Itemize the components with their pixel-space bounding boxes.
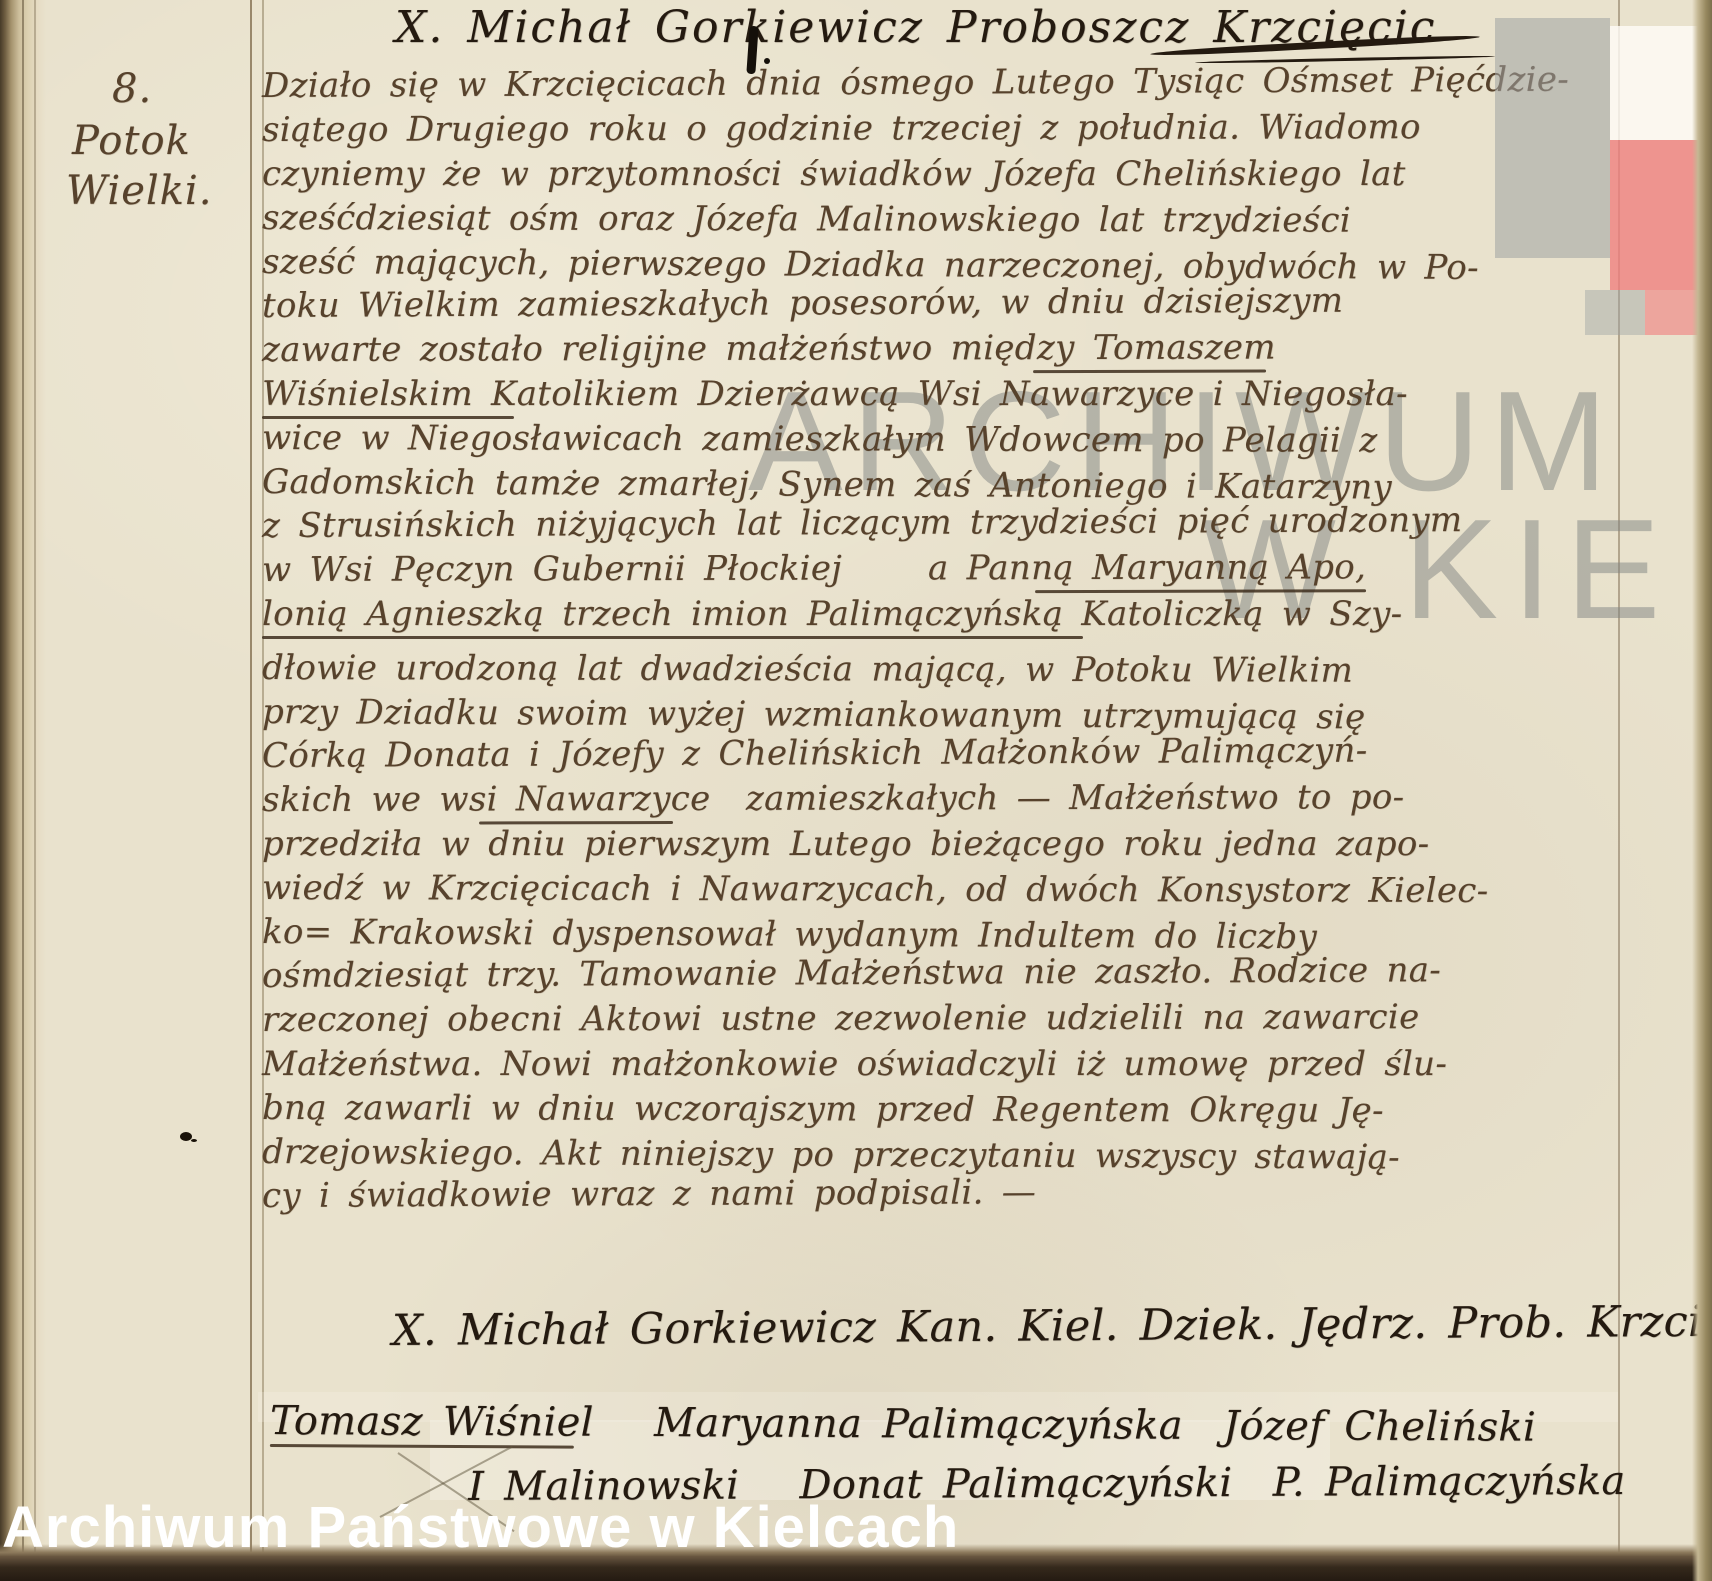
handwritten-line: z Strusińskich niżyjących lat liczącym t… xyxy=(262,498,1463,548)
watermark-gray-square xyxy=(1495,18,1610,258)
handwritten-line: sześćdziesiąt ośm oraz Józefa Malinowski… xyxy=(262,196,1351,243)
margin-place-name: Wielki. xyxy=(66,168,212,214)
margin-place-name: Potok xyxy=(72,118,191,164)
handwritten-line: czyniemy że w przytomności świadków Józe… xyxy=(262,152,1406,196)
handwritten-line: zawarte zostało religijne małżeństwo mię… xyxy=(262,326,1276,372)
handwritten-line: Tomasz Wiśniel Maryanna Palimączyńska Jó… xyxy=(270,1398,1536,1451)
handwritten-line: wiedź w Krzcięcicach i Nawarzycach, od d… xyxy=(262,866,1489,913)
page-edge-line xyxy=(22,0,24,1581)
watermark-white-square xyxy=(1610,26,1698,140)
handwritten-line: przedziła w dniu pierwszym Lutego bieżąc… xyxy=(262,822,1429,866)
handwritten-line: rzeczonej obecni Aktowi ustne zezwolenie… xyxy=(262,995,1420,1042)
handwritten-line: Działo się w Krzcięcicach dnia ósmego Lu… xyxy=(262,58,1569,108)
handwritten-line: ośmdziesiąt trzy. Tamowanie Małżeństwa n… xyxy=(262,948,1441,998)
handwritten-line: dłowie urodzoną lat dwadzieścia mającą, … xyxy=(262,646,1353,693)
handwritten-line: X. Michał Gorkiewicz Kan. Kiel. Dziek. J… xyxy=(392,1296,1712,1356)
page-edge-line xyxy=(34,0,36,1581)
handwritten-line: bną zawarli w dniu wczorajszym przed Reg… xyxy=(262,1086,1384,1133)
handwritten-line: wice w Niegosławicach zamieszkałym Wdowc… xyxy=(262,416,1378,463)
handwritten-line: siątego Drugiego roku o godzinie trzecie… xyxy=(262,105,1421,152)
handwritten-line: cy i świadkowie wraz z nami podpisali. — xyxy=(262,1170,1036,1218)
ink-speck xyxy=(180,1132,192,1141)
page-right-edge xyxy=(1692,0,1712,1581)
handwritten-line: toku Wielkim zamieszkałych posesorów, w … xyxy=(262,279,1343,328)
handwritten-line: Wiśnielskim Katolikiem Dzierżawcą Wsi Na… xyxy=(262,372,1408,416)
handwritten-underline xyxy=(262,636,1083,639)
handwritten-line: skich we wsi Nawarzyce zamieszkałych — M… xyxy=(262,775,1405,822)
margin-record-number: 8. xyxy=(112,66,152,112)
scanned-register-page: ARCHIWUM W KIE X. Michał Gorkiewicz Prob… xyxy=(0,0,1712,1581)
watermark-gray-square xyxy=(1585,290,1645,335)
archive-name-banner: Archiwum Państwowe w Kielcach xyxy=(2,1494,959,1561)
handwritten-line: lonią Agnieszką trzech imion Palimączyńs… xyxy=(262,592,1402,636)
margin-rule xyxy=(250,0,252,1556)
watermark-red-square xyxy=(1610,140,1698,290)
handwritten-line: Małżeństwa. Nowi małżonkowie oświadczyli… xyxy=(262,1042,1447,1086)
handwritten-line: Córką Donata i Józefy z Chelińskich Małż… xyxy=(262,729,1368,778)
handwritten-underline xyxy=(270,1444,574,1449)
handwritten-line: w Wsi Pęczyn Gubernii Płockiej a Panną M… xyxy=(262,545,1366,592)
